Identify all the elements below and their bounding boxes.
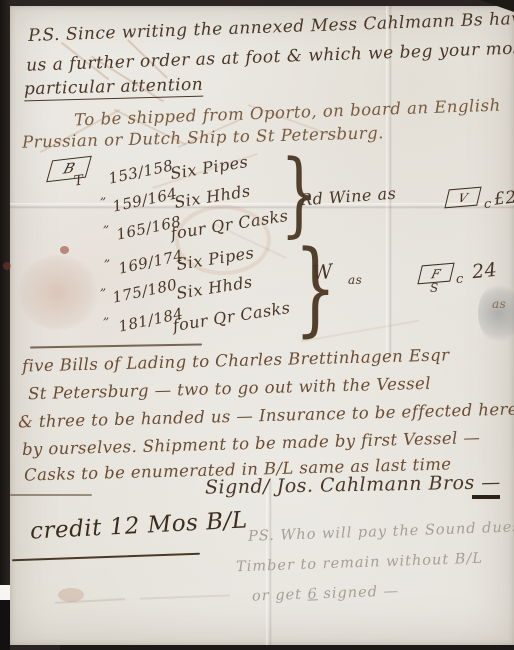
price-annotation-2-at: c: [456, 272, 464, 287]
cargo-row-ditto: „: [100, 188, 107, 202]
fold-crease-horizontal: [10, 203, 514, 209]
stain-blob-pink: [18, 255, 98, 330]
price-annotation-2-mark-sub: S: [430, 281, 439, 295]
price-annotation-2-as: as: [348, 273, 362, 287]
pencil-note-line-3-prefix: or get: [252, 587, 308, 605]
paper-hole-gray: [478, 283, 514, 343]
faint-ghost-blot: [58, 588, 84, 602]
scan-edge-top-right-wedge: [480, 0, 514, 12]
postscript-line-3: particular attention: [24, 75, 204, 102]
price-annotation-1-mark-diamond: V: [444, 187, 481, 209]
price-brace-2: }: [294, 243, 336, 335]
cargo-row-ditto: „: [103, 216, 110, 230]
price-annotation-2-suffix: as: [492, 297, 506, 311]
scan-edge-white-notch: [0, 585, 10, 600]
stain-dot-red: [60, 246, 69, 254]
scanned-letter-page: { "document": { "postscript": { "line1":…: [0, 0, 514, 650]
cargo-mark-letter-bottom: T: [73, 172, 85, 189]
left-margin-rule: [10, 494, 92, 496]
price-annotation-2-price: 24: [471, 259, 498, 284]
price-annotation-1-price: £20: [493, 186, 514, 209]
pencil-note-line-3-suffix: signed —: [318, 583, 400, 602]
signature-flourish-dash: [472, 495, 500, 499]
price-annotation-2-label: W: [311, 259, 334, 285]
scan-edge-bottom-left-block: [0, 600, 10, 650]
pencil-note-underlined-number: 6: [307, 586, 318, 602]
cargo-row-ditto: „: [104, 250, 111, 264]
cargo-row-ditto: „: [100, 279, 107, 293]
price-annotation-1-at: c: [484, 197, 492, 212]
price-annotation-2-mark-letter: F: [430, 266, 442, 281]
scan-edge-bottom-strip: [60, 645, 514, 650]
price-annotation-1-mark-letter: V: [457, 190, 469, 205]
stain-dot-red-edge: [3, 262, 11, 270]
cargo-row-ditto: „: [103, 308, 110, 322]
